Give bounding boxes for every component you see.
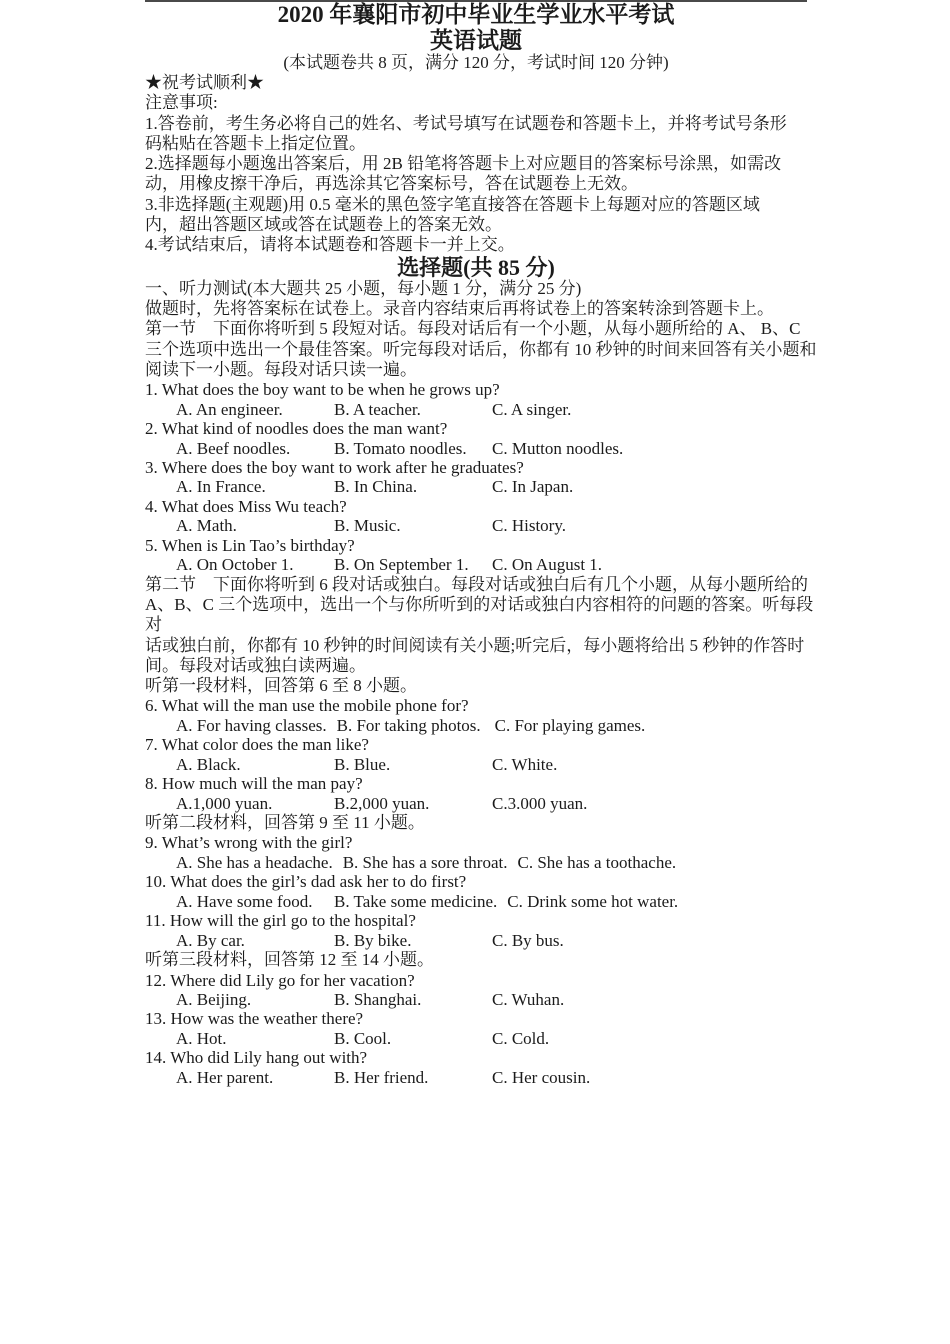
- option: C. A singer.: [492, 400, 650, 419]
- option: A. Have some food.: [176, 892, 334, 911]
- options-row: A. Black.B. Blue.C. White.: [145, 755, 807, 774]
- section1-instruction: 阅读下一小题。每段对话只读一遍。: [145, 360, 807, 380]
- question-text: 10. What does the girl’s dad ask her to …: [145, 872, 807, 891]
- question-text: 5. When is Lin Tao’s birthday?: [145, 536, 807, 555]
- section2-instruction: 话或独白前，你都有 10 秒钟的时间阅读有关小题;听完后，每小题将给出 5 秒钟…: [145, 636, 807, 656]
- options-row: A. Math.B. Music.C. History.: [145, 516, 807, 535]
- question-text: 12. Where did Lily go for her vacation?: [145, 971, 807, 990]
- option: B.2,000 yuan.: [334, 794, 492, 813]
- question-text: 1. What does the boy want to be when he …: [145, 380, 807, 399]
- section2-instruction: 对: [145, 615, 807, 635]
- option: A. Her parent.: [176, 1068, 334, 1087]
- options-row: A. For having classes.B. For taking phot…: [145, 716, 807, 735]
- option: C. Mutton noodles.: [492, 439, 650, 458]
- option: A. Beef noodles.: [176, 439, 334, 458]
- question-text: 3. Where does the boy want to work after…: [145, 458, 807, 477]
- option: C. In Japan.: [492, 477, 650, 496]
- options-row: A. Beijing.B. Shanghai.C. Wuhan.: [145, 990, 807, 1009]
- options-row: A. On October 1.B. On September 1.C. On …: [145, 555, 807, 574]
- option: B. On September 1.: [334, 555, 492, 574]
- section1-instruction: 三个选项中选出一个最佳答案。听完每段对话后，你都有 10 秒钟的时间来回答有关小…: [145, 340, 807, 360]
- option: A. For having classes.: [176, 716, 337, 735]
- notice-line: 码粘贴在答题卡上指定位置。: [145, 134, 807, 154]
- options-row: A. In France.B. In China.C. In Japan.: [145, 477, 807, 496]
- option: C. Wuhan.: [492, 990, 650, 1009]
- options-row: A. She has a headache.B. She has a sore …: [145, 853, 807, 872]
- exam-subject-title: 英语试题: [145, 28, 807, 53]
- option: B. Tomato noodles.: [334, 439, 492, 458]
- option: B. Shanghai.: [334, 990, 492, 1009]
- option: A. Math.: [176, 516, 334, 535]
- option: B. She has a sore throat.: [343, 853, 518, 872]
- option: C. Drink some hot water.: [507, 892, 688, 911]
- notice-line: 2.选择题每小题逸出答案后，用 2B 铅笔将答题卡上对应题目的答案标号涂黑，如需…: [145, 154, 807, 174]
- exam-wish: ★祝考试顺利★: [145, 73, 807, 93]
- part1-heading: 一、听力测试(本大题共 25 小题，每小题 1 分，满分 25 分): [145, 279, 807, 299]
- exam-meta-info: (本试题卷共 8 页，满分 120 分，考试时间 120 分钟): [145, 53, 807, 73]
- option: C. For playing games.: [495, 716, 656, 735]
- listen-cue: 听第二段材料，回答第 9 至 11 小题。: [145, 813, 807, 833]
- exam-title: 2020 年襄阳市初中毕业生学业水平考试: [145, 2, 807, 28]
- option: C. Her cousin.: [492, 1068, 650, 1087]
- notice-line: 3.非选择题(主观题)用 0.5 毫米的黑色签字笔直接答在答题卡上每题对应的答题…: [145, 195, 807, 215]
- option: B. Her friend.: [334, 1068, 492, 1087]
- option: B. A teacher.: [334, 400, 492, 419]
- options-row: A. By car.B. By bike.C. By bus.: [145, 931, 807, 950]
- notice-line: 4.考试结束后，请将本试题卷和答题卡一并上交。: [145, 235, 807, 255]
- option: C. By bus.: [492, 931, 650, 950]
- listen-cue: 听第一段材料，回答第 6 至 8 小题。: [145, 676, 807, 696]
- option: A. Black.: [176, 755, 334, 774]
- part1-instruction: 做题时，先将答案标在试卷上。录音内容结束后再将试卷上的答案转涂到答题卡上。: [145, 299, 807, 319]
- question-text: 14. Who did Lily hang out with?: [145, 1048, 807, 1067]
- section2-instruction: A、B、C 三个选项中，选出一个与你所听到的对话或独白内容相符的问题的答案。听每…: [145, 595, 807, 615]
- option: B. Cool.: [334, 1029, 492, 1048]
- options-row: A. An engineer.B. A teacher.C. A singer.: [145, 400, 807, 419]
- option: C. White.: [492, 755, 650, 774]
- option: A. By car.: [176, 931, 334, 950]
- notice-heading: 注意事项:: [145, 93, 807, 113]
- exam-document-page: 2020 年襄阳市初中毕业生学业水平考试 英语试题 (本试题卷共 8 页，满分 …: [0, 0, 950, 1344]
- option: A. On October 1.: [176, 555, 334, 574]
- notice-line: 1.答卷前，考生务必将自己的姓名、考试号填写在试题卷和答题卡上，并将考试号条形: [145, 114, 807, 134]
- options-row: A.1,000 yuan.B.2,000 yuan.C.3.000 yuan.: [145, 794, 807, 813]
- section-heading: 选择题(共 85 分): [145, 256, 807, 279]
- notice-line: 内，超出答题区域或答在试题卷上的答案无效。: [145, 215, 807, 235]
- option: B. Music.: [334, 516, 492, 535]
- question-text: 6. What will the man use the mobile phon…: [145, 696, 807, 715]
- question-text: 4. What does Miss Wu teach?: [145, 497, 807, 516]
- question-text: 2. What kind of noodles does the man wan…: [145, 419, 807, 438]
- question-text: 9. What’s wrong with the girl?: [145, 833, 807, 852]
- option: A. Beijing.: [176, 990, 334, 1009]
- exam-body-flow: ★祝考试顺利★注意事项:1.答卷前，考生务必将自己的姓名、考试号填写在试题卷和答…: [145, 73, 807, 1087]
- option: A. In France.: [176, 477, 334, 496]
- option: B. In China.: [334, 477, 492, 496]
- section1-instruction: 第一节 下面你将听到 5 段短对话。每段对话后有一个小题，从每小题所给的 A、 …: [145, 319, 807, 339]
- option: B. By bike.: [334, 931, 492, 950]
- question-text: 13. How was the weather there?: [145, 1009, 807, 1028]
- question-text: 11. How will the girl go to the hospital…: [145, 911, 807, 930]
- options-row: A. Her parent.B. Her friend.C. Her cousi…: [145, 1068, 807, 1087]
- option: B. Blue.: [334, 755, 492, 774]
- option: A. Hot.: [176, 1029, 334, 1048]
- section2-instruction: 间。每段对话或独白读两遍。: [145, 656, 807, 676]
- option: C.3.000 yuan.: [492, 794, 650, 813]
- listen-cue: 听第三段材料，回答第 12 至 14 小题。: [145, 950, 807, 970]
- notice-line: 动，用橡皮擦干净后，再选涂其它答案标号，答在试题卷上无效。: [145, 174, 807, 194]
- option: A. An engineer.: [176, 400, 334, 419]
- exam-content-column: 2020 年襄阳市初中毕业生学业水平考试 英语试题 (本试题卷共 8 页，满分 …: [145, 0, 807, 1087]
- option: B. For taking photos.: [337, 716, 495, 735]
- section2-instruction: 第二节 下面你将听到 6 段对话或独白。每段对话或独白后有几个小题，从每小题所给…: [145, 575, 807, 595]
- option: C. She has a toothache.: [518, 853, 687, 872]
- option: A.1,000 yuan.: [176, 794, 334, 813]
- option: C. Cold.: [492, 1029, 650, 1048]
- question-text: 8. How much will the man pay?: [145, 774, 807, 793]
- options-row: A. Beef noodles.B. Tomato noodles.C. Mut…: [145, 439, 807, 458]
- question-text: 7. What color does the man like?: [145, 735, 807, 754]
- option: A. She has a headache.: [176, 853, 343, 872]
- option: C. History.: [492, 516, 650, 535]
- options-row: A. Hot.B. Cool.C. Cold.: [145, 1029, 807, 1048]
- options-row: A. Have some food.B. Take some medicine.…: [145, 892, 807, 911]
- option: B. Take some medicine.: [334, 892, 507, 911]
- option: C. On August 1.: [492, 555, 650, 574]
